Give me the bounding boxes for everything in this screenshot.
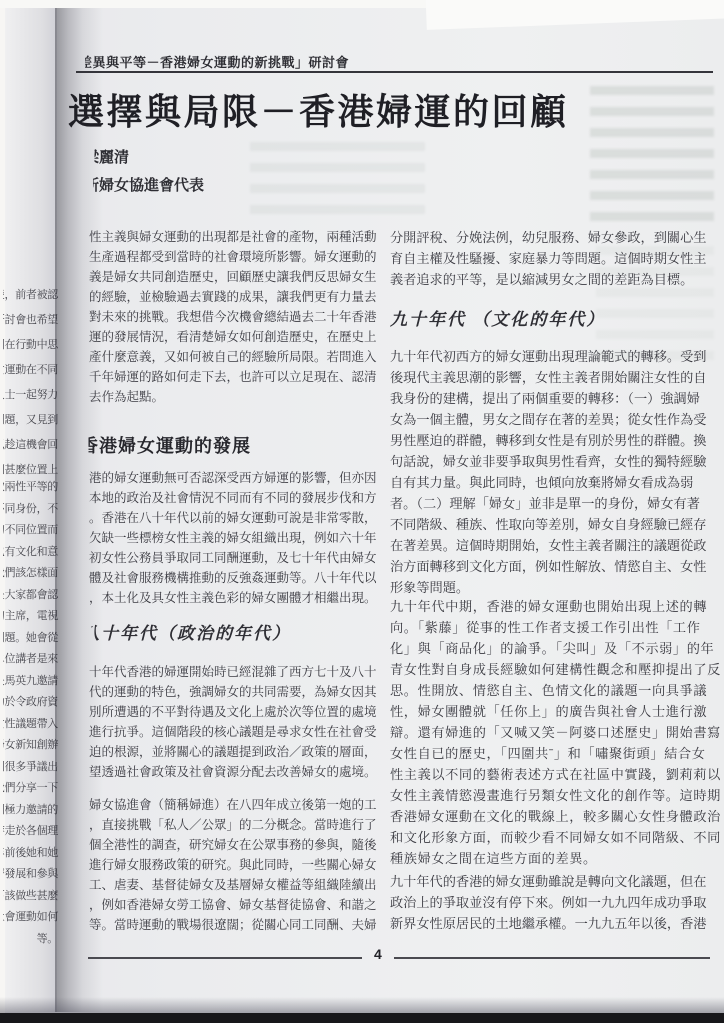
text-line: 性主義與婦女運動的出現都是社會的產物，兩種活動	[89, 227, 381, 247]
text-line: 十年代香港的婦運開始時已經混雜了西方七十及八十	[89, 662, 381, 682]
author-name: 梁麗清	[84, 146, 129, 167]
right-column-continuation-paragraph: 分開評稅、分娩法例，幼兒服務、婦女參政，到關心生育自主權及性騷擾、家庭暴力等問題…	[390, 227, 712, 290]
text-line: 運的發展情況，看清楚婦女如何創造歷史，在歷史上	[89, 327, 381, 347]
text-line: 形象等問題。	[390, 577, 712, 598]
text-line: 女性自已的歷史，「四圍共ˉ」和「嘯聚街頭」結合女	[390, 743, 712, 764]
text-line: 政治上的爭取並沒有停下來。例如一九九四年成功爭取	[390, 892, 712, 913]
section-heading-nineties: 九十年代 （文化的年代）	[390, 305, 605, 330]
text-line: 義者追求的平等，是以縮減男女之間的差距為目標。	[390, 269, 712, 290]
text-line: 本地的政治及社會情況不同而有不同的發展步伐和方	[89, 488, 381, 508]
text-line: 後現代主義思潮的影響，女性主義者開始關注女性的自	[390, 367, 712, 388]
text-line: 的經驗，並檢驗過去實踐的成果，讓我們更有力量去	[89, 287, 381, 307]
text-line: 婦女運動在不同	[3, 358, 59, 383]
text-line: 經濟發展和參與	[3, 864, 59, 886]
text-line: 是婦女新知創辦	[3, 735, 59, 757]
text-line: 九十年代的香港的婦女運動雖說是轉向文化議題，但在	[390, 871, 712, 892]
right-column-section3-paragraph3: 九十年代的香港的婦女運動雖說是轉向文化議題，但在政治上的爭取並沒有停下來。例如一…	[390, 871, 712, 934]
text-line: ，我們該怎樣面	[3, 563, 59, 585]
text-line: ，直接挑戰「私人／公眾」的二分概念。當時進行了	[89, 815, 381, 835]
text-line: 次研討會也希望	[3, 308, 59, 333]
text-line: 市長馬英九邀請	[3, 671, 59, 693]
text-line: 自有其力量。與此同時，也傾向放棄將婦女看成為弱	[390, 472, 712, 493]
text-line: 女性主義情慾漫畫進行另類女性文化的創作等。這時期	[390, 785, 712, 806]
text-line: 婦女協進會（簡稱婦進）在八四年成立後第一炮的工	[89, 795, 381, 815]
text-line: 做到在行動中思	[3, 333, 59, 358]
text-line: 進行抗爭。這個階段的核心議題是尋求女性在社會受	[89, 722, 381, 742]
text-line: 女為一個主體，男女之間存在著的差異；從女性作為受	[390, 409, 712, 430]
text-line: 令到很多爭議出	[3, 757, 59, 779]
text-line: 望透過社會政策及社會資源分配去改善婦女的處境。	[89, 762, 381, 782]
text-line: 因不同身份，不	[3, 499, 59, 521]
text-line: 迫的根源，並將關心的議題提到政治／政策的層面，	[89, 742, 381, 762]
text-line: 斷游走於各個理	[3, 821, 59, 843]
text-line: 的問題。她會從	[3, 628, 59, 650]
left-column-section2-paragraph2: 婦女協進會（簡稱婦進）在八四年成立後第一炮的工，直接挑戰「私人／公眾」的二分概念…	[89, 795, 381, 935]
footer-rule-left	[88, 957, 362, 959]
text-line: 性主義以不同的藝術表述方式在社區中實踐，劉莉莉以	[390, 764, 712, 785]
text-line: 位是大家都會認	[3, 585, 59, 607]
section-heading-eighties: 八十年代（政治的年代）	[82, 619, 291, 644]
text-line: 青女性對自身成長經驗如何建構性觀念和壓抑提出了反	[390, 659, 712, 680]
text-line: 可以趁這機會回	[3, 433, 59, 458]
page-title: 選擇與局限－香港婦運的回顧	[68, 84, 569, 135]
text-line: 我身份的建構，提出了兩個重要的轉移：（一）強調婦	[390, 388, 712, 409]
text-line: 時也有文化和意	[3, 542, 59, 564]
footer-rule-right	[394, 957, 710, 959]
text-line: 辯。還有婦進的「又喊又笑－阿婆口述歷史」開始書寫	[390, 722, 712, 743]
text-line: ，本土化及具女性主義色彩的婦女團體才相繼出現。	[89, 588, 381, 608]
text-line: 爭取兩性平等的	[3, 477, 59, 499]
text-line: ，例如香港婦女勞工協會、婦女基督徒協會、和諧之	[89, 895, 381, 915]
text-line: 育自主權及性騷擾、家庭暴力等問題。這個時期女性主	[390, 248, 712, 269]
text-line: 體及社會服務機構推動的反強姦運動等。八十年代以	[89, 568, 381, 588]
text-line: 等。當時運動的戰場很遼闊；從關心同工同酬、夫婦	[89, 915, 381, 935]
text-line: 別所遭遇的不平對待遇及文化上處於次等位置的處境	[89, 702, 381, 722]
text-line: 種族婦女之間在這些方面的差異。	[390, 848, 712, 869]
right-column-section3-paragraph1: 九十年代初西方的婦女運動出現理論範式的轉移。受到後現代主義思潮的影響，女性主義者…	[390, 346, 712, 598]
text-line: 欠缺一些標榜女性主義的婦女組織出現，例如六十年	[89, 528, 381, 548]
left-column-section1-paragraph: 港的婦女運動無可否認深受西方婦運的影響，但亦因本地的政治及社會情況不同而有不同的…	[89, 468, 381, 608]
text-line: 者。（二）理解「婦女」並非是單一的身份，婦女有著	[390, 493, 712, 514]
text-line: 生產過程都受到當時的社會環境所影響。婦女運動的	[89, 247, 381, 267]
page-number: 4	[374, 946, 382, 962]
text-line: 對未來的挑戰。我想借今次機會總結過去二十年香港	[89, 307, 381, 327]
text-line: 在著差異。這個時期開始，女性主義者關注的議題從政	[390, 535, 712, 556]
text-line: 第二位講者是來	[3, 649, 59, 671]
text-line: 新界女性原居民的土地繼承權。一九九五年以後，香港	[390, 913, 712, 934]
left-column-section2-paragraph1: 十年代香港的婦運開始時已經混雜了西方七十及八十代的運動的特色，強調婦女的共同需要…	[89, 662, 381, 782]
text-line: 香港婦女運動在文化的戰線上，較多關心女性身體政治	[390, 806, 712, 827]
ink-bleed-decoration	[590, 86, 714, 232]
running-header: 差異與平等－香港婦女運動的新挑戰」研討會	[79, 52, 349, 71]
text-line: 的人士一起努力	[3, 383, 59, 408]
text-line: 男性壓迫的群體，轉移到女性是有別於男性的群體。換	[390, 430, 712, 451]
right-column-section3-paragraph2: 九十年代中期，香港的婦女運動也開始出現上述的轉向。「紫藤」從事的性工作者支援工作…	[390, 596, 712, 869]
text-line: 義是婦女共同創造歷史，回顧歷史讓我們反思婦女生	[89, 267, 381, 287]
scanned-document-page: 清楚，前者被認次研討會也希望做到在行動中思婦女運動在不同的人士一起努力些問題，又…	[0, 0, 724, 1023]
text-line: 不同階級、種族、性取向等差別，婦女自身經驗已經存	[390, 514, 712, 535]
text-line: 空下該做些甚麼	[3, 886, 59, 908]
text-line: 思。性開放、情慾自主、色情文化的議題一向具爭議	[390, 680, 712, 701]
header-rule	[76, 71, 713, 73]
text-line: 港的婦女運動無可否認深受西方婦運的影響，但亦因	[89, 468, 381, 488]
left-column-intro-paragraph: 性主義與婦女運動的出現都是社會的產物，兩種活動生產過程都受到當時的社會環境所影響…	[89, 227, 381, 407]
text-line: 九十年代初西方的婦女運動出現理論範式的轉移。受到	[390, 346, 712, 367]
text-line: 個全港性的調查，研究婦女在公眾事務的參與，隨後	[89, 835, 381, 855]
text-line: 和文化形象方面，而較少看不同婦女如不同階級、不同	[390, 827, 712, 848]
author-affiliation: 新婦女協進會代表	[84, 174, 204, 195]
text-line: 清楚，前者被認	[3, 283, 59, 308]
edge-text-fragments-upper: 清楚，前者被認次研討會也希望做到在行動中思婦女運動在不同的人士一起努力些問題，又…	[3, 283, 59, 483]
text-line: 我們極力邀請的	[3, 800, 59, 822]
text-line: 分開評稅、分娩法例，幼兒服務、婦女參政，到關心生	[390, 227, 712, 248]
scan-top-right-edge	[425, 0, 724, 30]
text-line: 些問題，又見到	[3, 408, 59, 433]
text-line: 九十年代中期，香港的婦女運動也開始出現上述的轉	[390, 596, 712, 617]
text-line: 去作為起點。	[89, 387, 381, 407]
text-line: 治方面轉移到文化方面，例如性解放、情慾自主、女性	[390, 556, 712, 577]
text-line: 佔的不同位置而	[3, 520, 59, 542]
text-line: 有助於令政府資	[3, 692, 59, 714]
text-line: 同社會運動如何	[3, 907, 59, 929]
text-line: 進行婦女服務政策的研究。與此同時，一些關心婦女	[89, 855, 381, 875]
text-line: 工、虐妻、基督徒婦女及基層婦女權益等組織陸續出	[89, 875, 381, 895]
text-line: 等。	[3, 929, 59, 951]
text-line: 進的主席，電視	[3, 606, 59, 628]
bottom-page-shadow	[0, 997, 724, 1013]
text-line: 。香港在八十年代以前的婦女運動可說是非常零散，	[89, 508, 381, 528]
text-line: 將女性議題帶入	[3, 714, 59, 736]
text-line: 性，婦女團體就「任你上」的廣告與社會人士進行激	[390, 701, 712, 722]
text-line: 化」與「商品化」的論爭。「尖叫」及「不示弱」的年	[390, 638, 712, 659]
ink-bleed-decoration	[250, 142, 425, 218]
text-line: 向。「紫藤」從事的性工作者支援工作引出性「工作	[390, 617, 712, 638]
edge-text-fragments-lower: 爭取兩性平等的因不同身份，不佔的不同位置而時也有文化和意，我們該怎樣面位是大家都…	[3, 477, 59, 950]
text-line: 代的運動的特色，強調婦女的共同需要，為婦女因其	[89, 682, 381, 702]
text-line: 千年婦運的路如何走下去，也許可以立足現在、認清	[89, 367, 381, 387]
text-line: 產什麼意義，又如何被自己的經驗所局限。若問進入	[89, 347, 381, 367]
scan-bottom-edge	[0, 1013, 724, 1023]
text-line: 七年前後她和她	[3, 843, 59, 865]
text-line: 句話說，婦女並非要爭取與男性看齊，女性的獨特經驗	[390, 451, 712, 472]
text-line: 跟我們分享一下	[3, 778, 59, 800]
section-heading-hk-womens-movement: 香港婦女運動的發展	[80, 432, 251, 458]
text-line: 初女性公務員爭取同工同酬運動，及七十年代由婦女	[89, 548, 381, 568]
